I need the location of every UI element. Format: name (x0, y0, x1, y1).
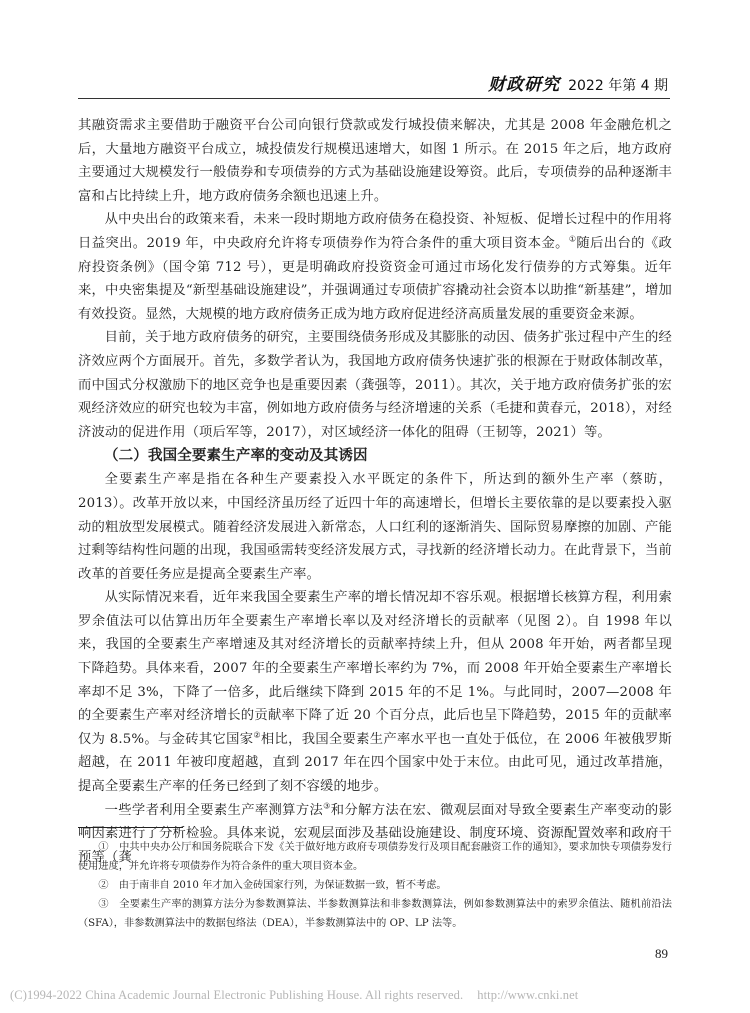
paragraph-1: 其融资需求主要借助于融资平台公司向银行贷款或发行城投债来解决，尤其是 2008 … (78, 114, 672, 208)
paragraph-2: 从中央出台的政策来看，未来一段时期地方政府债务在稳投资、补短板、促增长过程中的作… (78, 208, 672, 326)
cnki-url-link[interactable]: http://www.cnki.net (477, 988, 578, 1002)
copyright-text: (C)1994-2022 China Academic Journal Elec… (10, 988, 463, 1002)
page-number: 89 (655, 946, 668, 962)
section-heading: （二）我国全要素生产率的变动及其诱因 (78, 444, 672, 468)
paragraph-5: 从实际情况来看，近年来我国全要素生产率的增长情况却不容乐观。根据增长核算方程，利… (78, 586, 672, 798)
paragraph-6-text-a: 一些学者利用全要素生产率测算方法 (105, 803, 324, 818)
footnote-ref-2[interactable]: ② (253, 730, 261, 739)
footnotes: ① 中共中央办公厅和国务院联合下发《关于做好地方政府专项债券发行及项目配套融资工… (78, 838, 672, 933)
article-body: 其融资需求主要借助于融资平台公司向银行贷款或发行城投债来解决，尤其是 2008 … (78, 114, 672, 869)
footnote-1: ① 中共中央办公厅和国务院联合下发《关于做好地方政府专项债券发行及项目配套融资工… (78, 838, 672, 876)
paragraph-4: 全要素生产率是指在各种生产要素投入水平既定的条件下，所达到的额外生产率（蔡昉，2… (78, 468, 672, 586)
paragraph-3: 目前，关于地方政府债务的研究，主要围绕债务形成及其膨胀的动因、债务扩张过程中产生… (78, 326, 672, 444)
issue-label: 2022 年第 4 期 (568, 75, 668, 95)
paragraph-5-text-a: 从实际情况来看，近年来我国全要素生产率的增长情况却不容乐观。根据增长核算方程，利… (78, 590, 672, 747)
running-header: 财政研究 2022 年第 4 期 (78, 68, 670, 99)
header-right: 财政研究 2022 年第 4 期 (488, 70, 668, 95)
footnote-3: ③ 全要素生产率的测算方法分为参数测算法、半参数测算法和非参数测算法，例如参数测… (78, 895, 672, 933)
footnote-divider (78, 827, 183, 828)
journal-name-logo: 财政研究 (488, 70, 560, 95)
copyright-footer: (C)1994-2022 China Academic Journal Elec… (10, 988, 578, 1003)
footnote-2: ② 由于南非自 2010 年才加入金砖国家行列，为保证数据一致，暂不考虑。 (78, 876, 672, 895)
footnote-ref-3[interactable]: ③ (323, 801, 331, 810)
